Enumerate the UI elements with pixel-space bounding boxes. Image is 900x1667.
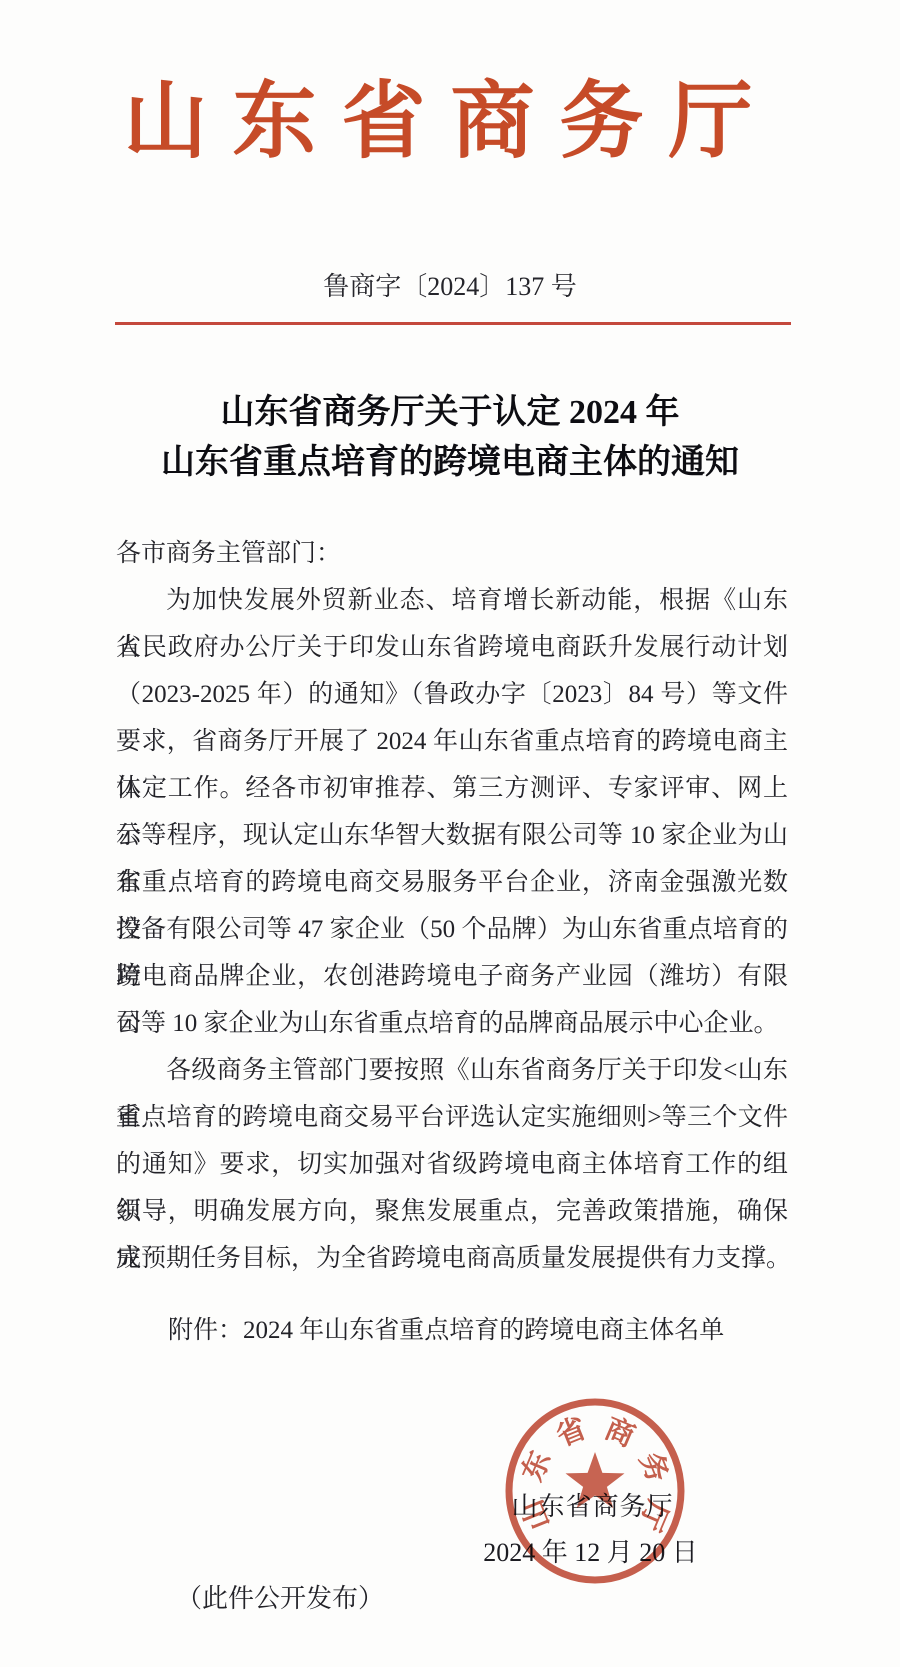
- signature-agency: 山东省商务厅: [470, 1492, 715, 1522]
- body-line: 重点培育的跨境电商交易平台评选认定实施细则>等三个文件: [116, 1094, 788, 1141]
- body-line: （2023-2025 年）的通知》（鲁政办字〔2023〕84 号）等文件: [116, 671, 788, 718]
- notice-body: 各市商务主管部门： 为加快发展外贸新业态、培育增长新动能，根据《山东省 人民政府…: [116, 530, 788, 1282]
- red-divider-rule: [115, 322, 791, 325]
- body-line: 境电商品牌企业，农创港跨境电子商务产业园（潍坊）有限公: [116, 953, 788, 1000]
- body-line: 人民政府办公厅关于印发山东省跨境电商跃升发展行动计划: [116, 624, 788, 671]
- signature-date: 2024 年 12 月 20 日: [468, 1538, 713, 1568]
- svg-text:省: 省: [552, 1411, 591, 1452]
- body-line: 设备有限公司等 47 家企业（50 个品牌）为山东省重点培育的跨: [116, 906, 788, 953]
- body-line: 要求，省商务厅开展了 2024 年山东省重点培育的跨境电商主体: [116, 718, 788, 765]
- body-line: 认定工作。经各市初审推荐、第三方测评、专家评审、网上公: [116, 765, 788, 812]
- body-line: 各级商务主管部门要按照《山东省商务厅关于印发<山东省: [116, 1047, 788, 1094]
- body-line: 为加快发展外贸新业态、培育增长新动能，根据《山东省: [116, 577, 788, 624]
- notice-title: 山东省商务厅关于认定 2024 年 山东省重点培育的跨境电商主体的通知: [0, 388, 900, 488]
- attachment-line: 附件：2024 年山东省重点培育的跨境电商主体名单: [168, 1307, 724, 1354]
- svg-text:务: 务: [633, 1448, 674, 1487]
- svg-text:东: 东: [516, 1446, 558, 1486]
- document-page: 山 东 省 商 务 厅 鲁商字〔2024〕137 号 山东省商务厅关于认定 20…: [0, 0, 900, 1667]
- notice-title-line2: 山东省重点培育的跨境电商主体的通知: [0, 438, 900, 488]
- notice-title-line1: 山东省商务厅关于认定 2024 年: [0, 388, 900, 438]
- body-line: 成预期任务目标，为全省跨境电商高质量发展提供有力支撑。: [116, 1235, 788, 1282]
- body-line: 省重点培育的跨境电商交易服务平台企业，济南金强激光数控: [116, 859, 788, 906]
- body-line: 示等程序，现认定山东华智大数据有限公司等 10 家企业为山东: [116, 812, 788, 859]
- body-line: 的通知》要求，切实加强对省级跨境电商主体培育工作的组织: [116, 1141, 788, 1188]
- agency-masthead: 山 东 省 商 务 厅: [0, 64, 889, 182]
- public-release-note: （此件公开发布）: [176, 1582, 384, 1616]
- body-line: 司等 10 家企业为山东省重点培育的品牌商品展示中心企业。: [116, 1000, 788, 1047]
- salutation-line: 各市商务主管部门：: [116, 530, 788, 577]
- body-line: 领导，明确发展方向，聚焦发展重点，完善政策措施，确保完: [116, 1188, 788, 1235]
- document-number: 鲁商字〔2024〕137 号: [0, 270, 900, 304]
- official-seal-stamp: 山东省商务厅: [465, 1361, 725, 1621]
- svg-text:商: 商: [600, 1411, 640, 1454]
